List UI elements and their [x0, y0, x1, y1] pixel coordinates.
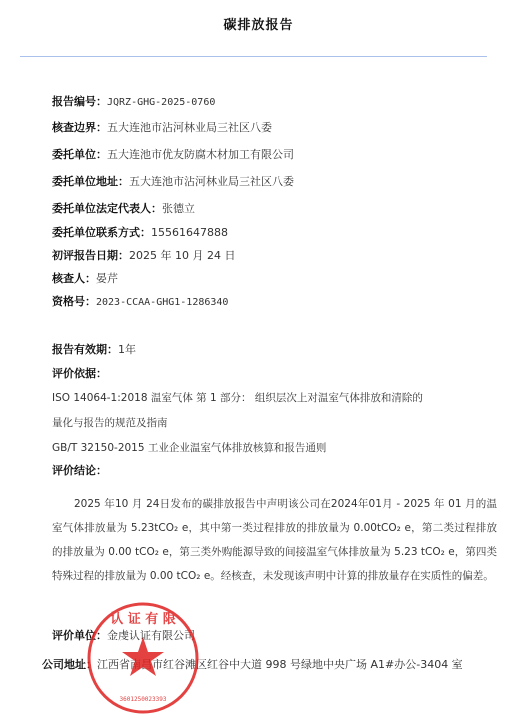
- contact-label: 委托单位联系方式：: [52, 226, 151, 239]
- field-contact: 委托单位联系方式：15561647888: [52, 226, 228, 240]
- title-divider: [20, 56, 487, 57]
- field-report-no: 报告编号：JQRZ-GHG-2025-0760: [52, 95, 215, 110]
- conclusion-heading: 评价结论：: [52, 464, 107, 478]
- company-address-label: 公司地址：: [42, 658, 97, 671]
- legal-rep-label: 委托单位法定代表人：: [52, 202, 162, 215]
- report-no-value: JQRZ-GHG-2025-0760: [107, 97, 215, 108]
- conclusion-label: 评价结论：: [52, 464, 107, 477]
- svg-text:3601250023393: 3601250023393: [120, 696, 167, 703]
- client-label: 委托单位：: [52, 148, 107, 161]
- field-client: 委托单位：五大连池市优友防腐木材加工有限公司: [52, 148, 294, 162]
- field-client-address: 委托单位地址：五大连池市沾河林业局三社区八委: [52, 175, 294, 189]
- field-verifier: 核查人：晏芹: [52, 272, 118, 286]
- boundary-value: 五大连池市沾河林业局三社区八委: [107, 121, 272, 134]
- validity-value: 1年: [118, 343, 136, 356]
- validity-label: 报告有效期：: [52, 343, 118, 356]
- basis-label: 评价依据：: [52, 367, 107, 380]
- qualification-label: 资格号：: [52, 295, 96, 308]
- client-value: 五大连池市优友防腐木材加工有限公司: [107, 148, 294, 161]
- qualification-value: 2023-CCAA-GHG1-1286340: [96, 297, 228, 308]
- field-company-address: 公司地址：江西省南昌市红谷滩区红谷中大道 998 号绿地中央广场 A1#办公-3…: [42, 658, 463, 672]
- company-address-value: 江西省南昌市红谷滩区红谷中大道 998 号绿地中央广场 A1#办公-3404 室: [97, 658, 463, 671]
- initial-date-label: 初评报告日期：: [52, 249, 129, 262]
- document-title: 碳排放报告: [0, 14, 517, 33]
- conclusion-text: 2025 年10 月 24日发布的碳排放报告中声明该公司在2024年01月 - …: [52, 492, 497, 588]
- verifier-value: 晏芹: [96, 272, 118, 285]
- field-boundary: 核查边界：五大连池市沾河林业局三社区八委: [52, 121, 272, 135]
- basis-heading: 评价依据：: [52, 367, 107, 381]
- verifier-label: 核查人：: [52, 272, 96, 285]
- field-evaluator: 评价单位：金虔认证有限公司: [52, 629, 195, 643]
- field-qualification: 资格号：2023-CCAA-GHG1-1286340: [52, 295, 228, 310]
- legal-rep-value: 张德立: [162, 202, 195, 215]
- client-address-label: 委托单位地址：: [52, 175, 129, 188]
- client-address-value: 五大连池市沾河林业局三社区八委: [129, 175, 294, 188]
- basis-item: 量化与报告的规范及指南: [52, 415, 168, 430]
- evaluator-label: 评价单位：: [52, 629, 107, 642]
- field-legal-rep: 委托单位法定代表人：张德立: [52, 202, 195, 216]
- evaluator-value: 金虔认证有限公司: [107, 629, 195, 642]
- basis-item: GB/T 32150-2015 工业企业温室气体排放核算和报告通则: [52, 440, 326, 455]
- initial-date-value: 2025 年 10 月 24 日: [129, 249, 235, 262]
- boundary-label: 核查边界：: [52, 121, 107, 134]
- field-initial-date: 初评报告日期：2025 年 10 月 24 日: [52, 249, 235, 263]
- svg-text:认 证 有 限: 认 证 有 限: [110, 611, 176, 627]
- basis-item: ISO 14064-1:2018 温室气体 第 1 部分： 组织层次上对温室气体…: [52, 390, 423, 405]
- field-validity: 报告有效期：1年: [52, 343, 136, 357]
- report-no-label: 报告编号：: [52, 95, 107, 108]
- contact-value: 15561647888: [151, 226, 228, 239]
